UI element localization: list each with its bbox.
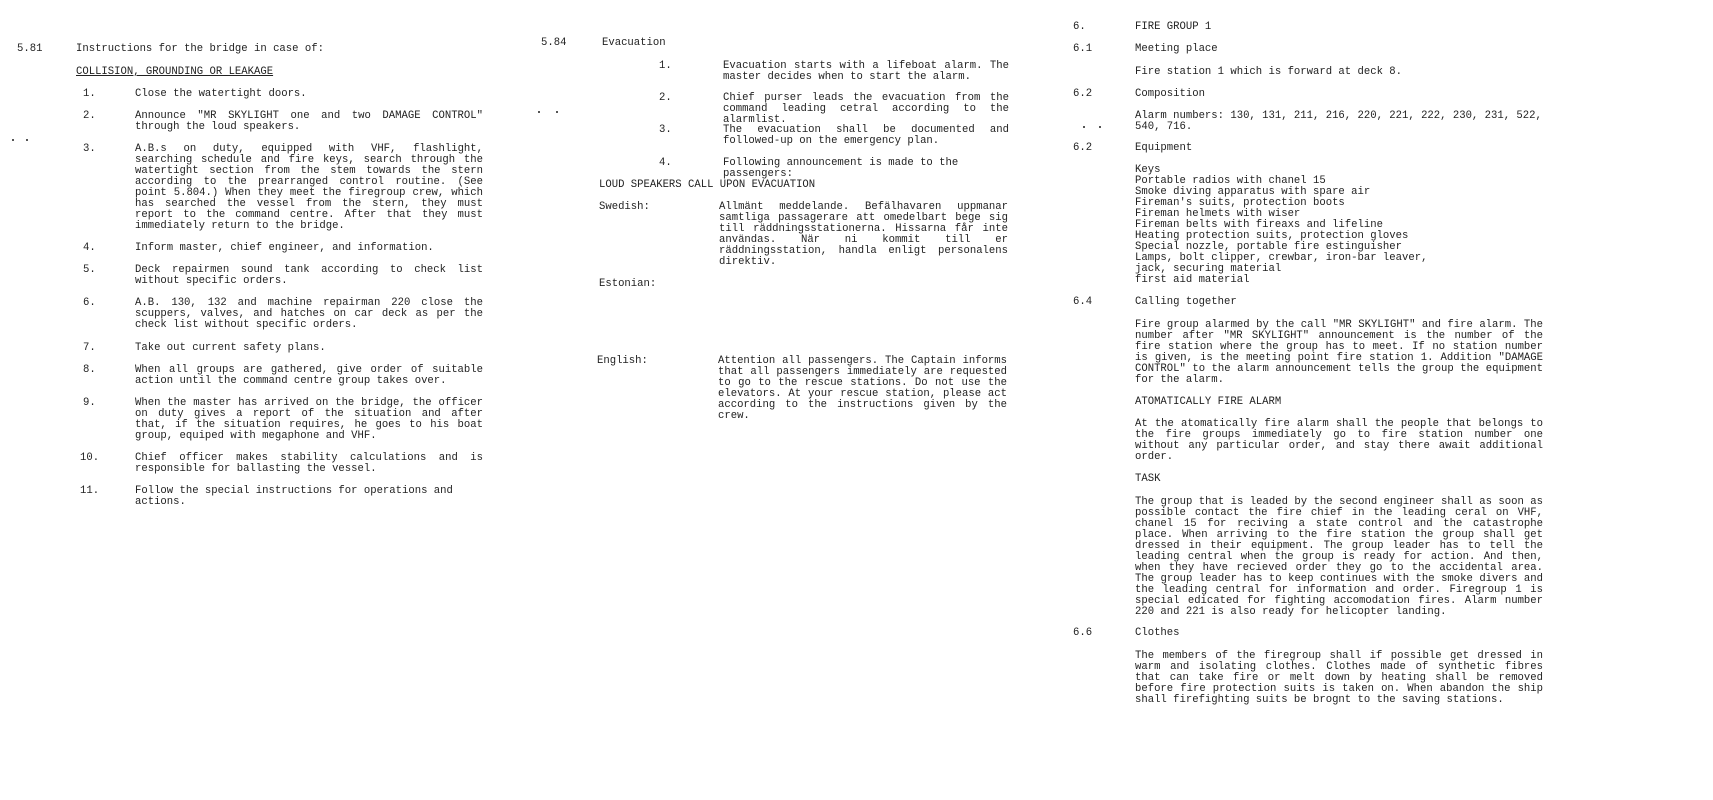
item-text: Announce "MR SKYLIGHT one and two DAMAGE…: [135, 111, 483, 133]
section-title: Instructions for the bridge in case of:: [76, 44, 496, 55]
item-number: 11.: [80, 486, 99, 497]
subsection-title: Calling together: [1135, 297, 1435, 308]
item-text: Evacuation starts with a lifeboat alarm.…: [723, 61, 1009, 83]
item-text: A.B.s on duty, equipped with VHF, flashl…: [135, 144, 483, 232]
item-number: 2.: [659, 93, 672, 104]
scan-speck: [12, 139, 14, 141]
subsection-body: Fire station 1 which is forward at deck …: [1135, 67, 1545, 78]
section-number: 5.84: [541, 38, 566, 49]
scan-speck: [556, 111, 558, 113]
item-number: 3.: [83, 144, 96, 155]
item-number: 7.: [83, 343, 96, 354]
item-number: 4.: [659, 158, 672, 169]
item-text: When all groups are gathered, give order…: [135, 365, 483, 387]
subsection-number: 6.1: [1073, 44, 1092, 55]
subsection-title: Composition: [1135, 89, 1435, 100]
item-text: Inform master, chief engineer, and infor…: [135, 243, 483, 254]
subsection-body: The group that is leaded by the second e…: [1135, 497, 1543, 618]
scan-speck: [26, 139, 28, 141]
section-title: Evacuation: [602, 38, 902, 49]
subsection-number: 6.2: [1073, 89, 1092, 100]
subsection-title: Meeting place: [1135, 44, 1435, 55]
item-number: 1.: [83, 89, 96, 100]
subsection-title: TASK: [1135, 474, 1435, 485]
item-text: The evacuation shall be documented and f…: [723, 125, 1009, 147]
equipment-item: first aid material: [1135, 275, 1545, 286]
item-text: Chief officer makes stability calculatio…: [135, 453, 483, 475]
subsection-number: 6.6: [1073, 628, 1092, 639]
announcement-swedish: Allmänt meddelande. Befälhavaren uppmana…: [719, 202, 1008, 268]
item-number: 1.: [659, 61, 672, 72]
item-number: 2.: [83, 111, 96, 122]
item-number: 4.: [83, 243, 96, 254]
subsection-number: 6.4: [1073, 297, 1092, 308]
subsection-body: Fire group alarmed by the call "MR SKYLI…: [1135, 320, 1543, 386]
item-number: 3.: [659, 125, 672, 136]
subsection-body: The members of the firegroup shall if po…: [1135, 651, 1543, 706]
item-number: 5.: [83, 265, 96, 276]
section-title: FIRE GROUP 1: [1135, 22, 1435, 33]
loudspeaker-heading: LOUD SPEAKERS CALL UPON EVACUATION: [599, 180, 999, 191]
item-text: When the master has arrived on the bridg…: [135, 398, 483, 442]
subsection-number: 6.2: [1073, 143, 1092, 154]
scan-speck: [1083, 126, 1085, 128]
announcement-english: Attention all passengers. The Captain in…: [718, 356, 1007, 422]
scan-speck: [1099, 126, 1101, 128]
item-text: Follow the special instructions for oper…: [135, 486, 483, 508]
subsection-title: Equipment: [1135, 143, 1435, 154]
scan-speck: [538, 111, 540, 113]
item-text: Chief purser leads the evacuation from t…: [723, 93, 1009, 126]
item-text: Deck repairmen sound tank according to c…: [135, 265, 483, 287]
item-number: 9.: [83, 398, 96, 409]
section-number: 6.: [1073, 22, 1086, 33]
item-number: 6.: [83, 298, 96, 309]
item-text: Close the watertight doors.: [135, 89, 483, 100]
language-label: English:: [597, 356, 648, 367]
item-text: Take out current safety plans.: [135, 343, 483, 354]
item-text: Following announcement is made to the pa…: [723, 158, 1013, 180]
subsection-title: ATOMATICALLY FIRE ALARM: [1135, 397, 1435, 408]
item-number: 10.: [80, 453, 99, 464]
subheading: COLLISION, GROUNDING OR LEAKAGE: [76, 67, 496, 78]
language-label: Estonian:: [599, 279, 656, 290]
equipment-list: Keys Portable radios with chanel 15 Smok…: [1135, 165, 1545, 286]
language-label: Swedish:: [599, 202, 650, 213]
subsection-body: Alarm numbers: 130, 131, 211, 216, 220, …: [1135, 111, 1545, 133]
subsection-title: Clothes: [1135, 628, 1435, 639]
item-text: A.B. 130, 132 and machine repairman 220 …: [135, 298, 483, 331]
item-number: 8.: [83, 365, 96, 376]
subsection-body: At the atomatically fire alarm shall the…: [1135, 419, 1543, 463]
section-number: 5.81: [17, 44, 42, 55]
